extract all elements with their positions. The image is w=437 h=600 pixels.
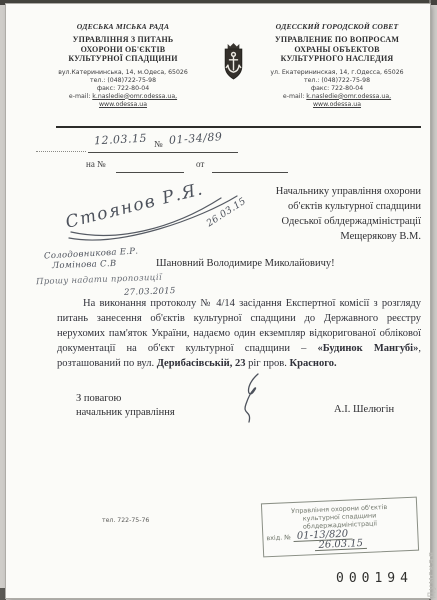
left-phone: тел.: (048)722-75-98 <box>34 77 212 85</box>
from-date-label: от <box>196 159 204 169</box>
closing-position: начальник управління <box>76 406 175 420</box>
closing-block: З повагою начальник управління <box>76 392 175 420</box>
right-website: www.odessa.ua <box>248 101 426 109</box>
letter-paper: ОДЕСЬКА МІСЬКА РАДА УПРАВЛІННЯ З ПИТАНЬ … <box>6 4 430 598</box>
signer-name: А.І. Шелюгін <box>334 403 394 417</box>
outgoing-number-handwritten: 01-34/89 <box>169 130 223 147</box>
right-council-name: ОДЕССКИЙ ГОРОДСКОЙ СОВЕТ <box>248 22 426 31</box>
instruction-line: Прошу надати пропозиції <box>36 273 162 287</box>
letter-body: На виконання протоколу № 4/14 засідання … <box>57 296 421 371</box>
right-address: ул. Екатерининская, 14, г.Одесса, 65026 <box>248 69 426 77</box>
scanned-letter-page: ОДЕСЬКА МІСЬКА РАДА УПРАВЛІННЯ З ПИТАНЬ … <box>0 0 437 600</box>
object-address-lane: Красного. <box>290 358 337 369</box>
recipient-line: Одеської облдержадміністрації <box>235 214 421 229</box>
signer-signature <box>224 370 274 428</box>
letterhead-right: ОДЕССКИЙ ГОРОДСКОЙ СОВЕТ УПРАВЛЕНИЕ ПО В… <box>248 22 426 109</box>
right-contact-block: ул. Екатерининская, 14, г.Одесса, 65026 … <box>248 69 426 109</box>
document-counter: 000194 <box>336 571 413 586</box>
incoming-registration-stamp: Управління охорони об'єктів культурної с… <box>261 497 419 558</box>
left-council-name: ОДЕСЬКА МІСЬКА РАДА <box>34 22 212 31</box>
salutation: Шановний Володимире Миколайовичу! <box>156 258 335 269</box>
object-name: «Будинок Мангубі» <box>318 343 419 354</box>
left-department-name: УПРАВЛІННЯ З ПИТАНЬ ОХОРОНИ ОБ'ЄКТІВ КУЛ… <box>34 35 212 64</box>
incoming-number-label: на № <box>86 159 106 169</box>
stamp-entry-label: вхід. № <box>266 533 291 542</box>
left-email: k.nasledie@omr.odessa.ua, <box>92 93 177 100</box>
recipient-line: об'єктів культурної спадщини <box>235 199 421 214</box>
left-contact-block: вул.Катерининська, 14, м.Одеса, 65026 те… <box>34 69 212 109</box>
from-date-line <box>212 171 288 173</box>
ref-number-line <box>88 151 238 153</box>
right-phone: тел.: (048)722-75-98 <box>248 77 426 85</box>
closing-regards: З повагою <box>76 392 175 406</box>
right-email: k.nasledie@omr.odessa.ua, <box>306 93 391 100</box>
incoming-number-line <box>116 171 184 173</box>
site-watermark: Думская <box>427 551 437 598</box>
object-address: Дерибасівській, 23 <box>157 358 246 369</box>
ref-dotted-line <box>36 150 86 152</box>
right-email-line: e-mail: k.nasledie@omr.odessa.ua, <box>248 93 426 101</box>
right-department-name: УПРАВЛЕНИЕ ПО ВОПРОСАМ ОХРАНЫ ОБЪЕКТОВ К… <box>248 35 426 64</box>
recipient-block: Начальнику управління охорони об'єктів к… <box>235 184 421 244</box>
left-fax: факс: 722-80-04 <box>34 85 212 93</box>
stamp-entry-date: 26.03.15 <box>314 540 367 551</box>
left-address: вул.Катерининська, 14, м.Одеса, 65026 <box>34 69 212 77</box>
right-fax: факс: 722-80-04 <box>248 85 426 93</box>
footer-phone: тел. 722-75-76 <box>102 517 149 524</box>
left-email-line: e-mail: k.nasledie@omr.odessa.ua, <box>34 93 212 101</box>
letterhead-left: ОДЕСЬКА МІСЬКА РАДА УПРАВЛІННЯ З ПИТАНЬ … <box>34 22 212 109</box>
left-website: www.odessa.ua <box>34 101 212 109</box>
outgoing-date-handwritten: 12.03.15 <box>94 132 148 148</box>
odessa-coat-of-arms-icon <box>221 40 246 93</box>
letterhead-divider <box>56 126 421 128</box>
recipient-line: Мещерякову В.М. <box>235 229 421 244</box>
recipient-line: Начальнику управління охорони <box>235 184 421 199</box>
number-sign: № <box>154 139 163 149</box>
assignee-line-2: Ломінова С.В <box>52 259 117 271</box>
